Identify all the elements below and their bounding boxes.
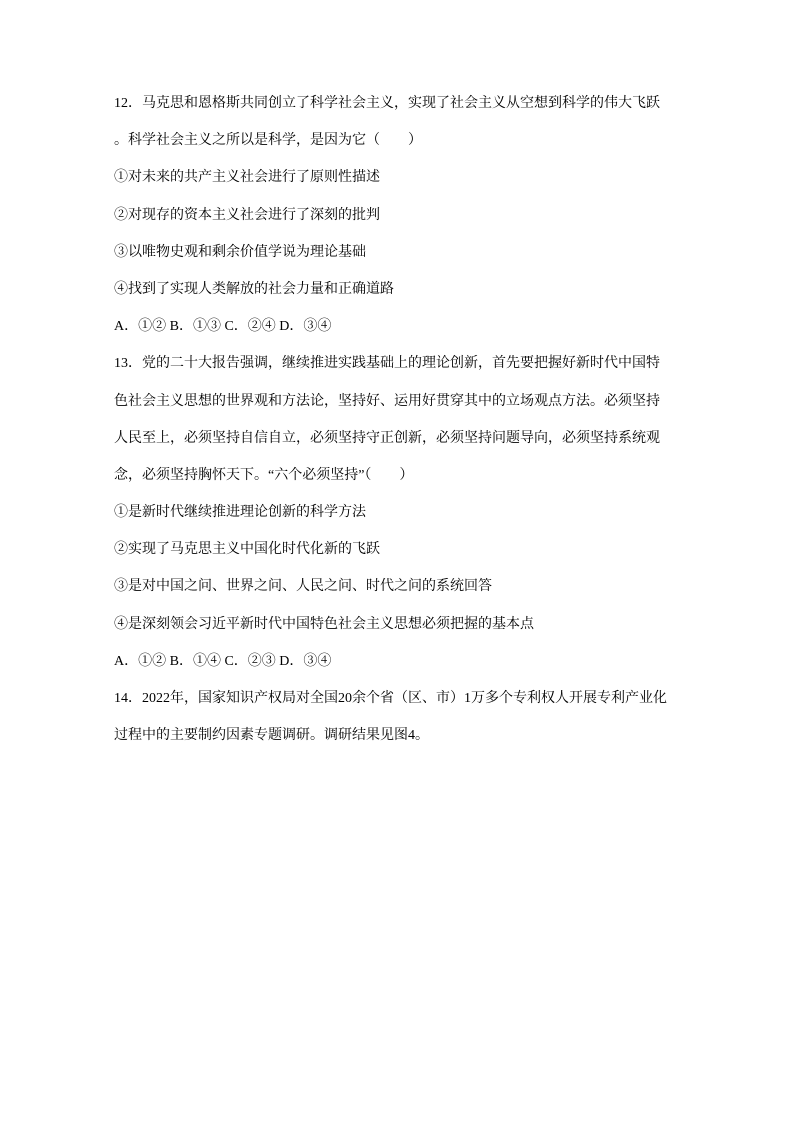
question-13-item-3: ③是对中国之问、世界之问、人民之问、时代之问的系统回答 bbox=[114, 568, 734, 605]
question-13-stem-line-4: 念，必须坚持胸怀天下。“六个必须坚持”（ ） bbox=[114, 457, 734, 494]
question-13-stem-line-2: 色社会主义思想的世界观和方法论，坚持好、运用好贯穿其中的立场观点方法。必须坚持 bbox=[114, 383, 734, 420]
question-12-stem-line-1: 12．马克思和恩格斯共同创立了科学社会主义，实现了社会主义从空想到科学的伟大飞跃 bbox=[114, 85, 734, 122]
document-page: 12．马克思和恩格斯共同创立了科学社会主义，实现了社会主义从空想到科学的伟大飞跃… bbox=[0, 0, 794, 1123]
question-12-item-1: ①对未来的共产主义社会进行了原则性描述 bbox=[114, 159, 734, 196]
question-12-answer-options: A．①② B．①③ C．②④ D．③④ bbox=[114, 308, 734, 345]
question-12-stem-line-2: 。科学社会主义之所以是科学，是因为它（ ） bbox=[114, 122, 734, 159]
question-14-stem-line-1: 14．2022年，国家知识产权局对全国20余个省（区、市）1万多个专利权人开展专… bbox=[114, 680, 734, 717]
text-content: 12．马克思和恩格斯共同创立了科学社会主义，实现了社会主义从空想到科学的伟大飞跃… bbox=[114, 85, 734, 754]
question-12-item-3: ③以唯物史观和剩余价值学说为理论基础 bbox=[114, 234, 734, 271]
question-12-item-2: ②对现存的资本主义社会进行了深刻的批判 bbox=[114, 197, 734, 234]
question-13-item-2: ②实现了马克思主义中国化时代化新的飞跃 bbox=[114, 531, 734, 568]
question-14-stem-line-2: 过程中的主要制约因素专题调研。调研结果见图4。 bbox=[114, 717, 734, 754]
question-13-item-4: ④是深刻领会习近平新时代中国特色社会主义思想必须把握的基本点 bbox=[114, 606, 734, 643]
question-12-item-4: ④找到了实现人类解放的社会力量和正确道路 bbox=[114, 271, 734, 308]
question-13-item-1: ①是新时代继续推进理论创新的科学方法 bbox=[114, 494, 734, 531]
question-13-answer-options: A．①② B．①④ C．②③ D．③④ bbox=[114, 643, 734, 680]
question-13-stem-line-1: 13．党的二十大报告强调，继续推进实践基础上的理论创新，首先要把握好新时代中国特 bbox=[114, 345, 734, 382]
question-13-stem-line-3: 人民至上，必须坚持自信自立，必须坚持守正创新，必须坚持问题导向，必须坚持系统观 bbox=[114, 420, 734, 457]
